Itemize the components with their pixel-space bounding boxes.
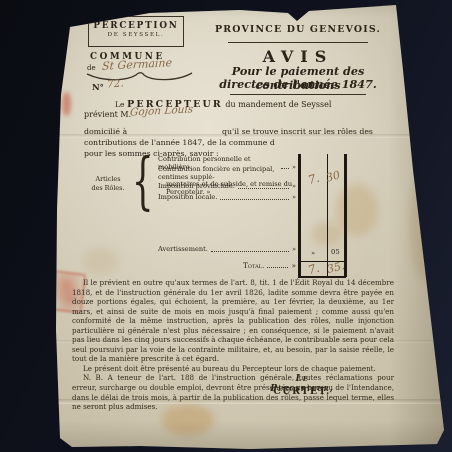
percepteur-mandement: du mandement de Seyssel	[225, 100, 331, 109]
avertissement-label: Avertissement.	[158, 246, 208, 254]
header-rule-2	[230, 94, 366, 95]
avertissement-francs: »	[311, 249, 315, 257]
paper-stain	[336, 184, 378, 236]
amount-centimes-handwritten: 30	[324, 168, 341, 184]
total-francs-handwritten: 7.	[306, 261, 321, 278]
legal-paragraph-1: Il le prévient en outre qu'aux termes de…	[72, 278, 394, 364]
scanned-document-view: PERCEPTION DE SEYSSEL. COMMUNE de St Ger…	[0, 0, 452, 452]
domicilie-label: domicilié à	[84, 127, 127, 136]
contributions-text: contributions de l'année 1847, de la com…	[84, 138, 275, 147]
legal-paragraph-2: Le présent doit être présenté au bureau …	[72, 364, 394, 374]
table-row-locale: Imposition locale.»	[158, 194, 296, 202]
amounts-column-line-right	[344, 154, 347, 277]
number-label: N°	[92, 82, 104, 92]
perception-subtitle: DE SEYSSEL.	[89, 32, 183, 38]
perception-title: PERCEPTION	[89, 21, 183, 31]
contribuable-name-handwritten: Gojon Louis	[130, 103, 194, 118]
articles-label: Articles des Rôles.	[88, 175, 128, 192]
number-handwritten: 72.	[107, 77, 125, 90]
articles-line2: des Rôles.	[88, 184, 128, 193]
dot-leader	[238, 188, 289, 189]
dot-leader	[220, 199, 289, 200]
total-label: Total.	[243, 262, 264, 270]
red-ink-smudge	[62, 92, 71, 116]
row-label: Imposition provinciale.	[158, 183, 235, 191]
signature-name: CURTET.	[262, 386, 342, 397]
amount-francs-handwritten: 7.	[306, 171, 321, 188]
row-label: Imposition locale.	[158, 194, 217, 202]
legal-paragraph-3: N. B. A teneur de l'art. 188 de l'instru…	[72, 373, 394, 411]
paper-stain	[84, 248, 118, 274]
avis-subtitle-2: directes de l'année 1847.	[200, 77, 396, 91]
dot-leader	[211, 251, 289, 252]
row-label-line1: Contribution foncière en principal, cent…	[158, 166, 298, 181]
avertissement-row: Avertissement.»	[158, 246, 296, 254]
perception-box: PERCEPTION DE SEYSSEL.	[88, 16, 184, 47]
row-value-mark: »	[292, 194, 296, 202]
row-value-mark: »	[292, 246, 296, 254]
inscrit-text: qu'il se trouve inscrit sur les rôles de…	[222, 127, 373, 136]
percepteur-le: Le	[115, 100, 125, 109]
articles-line1: Articles	[88, 175, 128, 184]
row-value-mark: »	[291, 262, 296, 270]
province-title: PROVINCE DU GENEVOIS.	[205, 24, 391, 35]
header-rule	[228, 42, 368, 43]
avertissement-centimes: 05	[331, 248, 340, 256]
total-row: Total.»	[243, 262, 296, 270]
flourish-underline	[84, 70, 196, 82]
table-row-provinciale: Imposition provinciale.»	[158, 183, 296, 191]
amounts-column-line-left	[298, 154, 301, 277]
row-value-mark: »	[292, 183, 296, 191]
dot-leader	[267, 267, 288, 268]
paper-stain	[410, 170, 440, 280]
articles-brace: {	[132, 150, 154, 212]
total-centimes-handwritten: 35.	[326, 259, 346, 276]
legal-text-block: Il le prévient en outre qu'aux termes de…	[72, 278, 394, 412]
document-paper: PERCEPTION DE SEYSSEL. COMMUNE de St Ger…	[0, 0, 452, 452]
previent-label: prévient M.	[84, 110, 131, 119]
